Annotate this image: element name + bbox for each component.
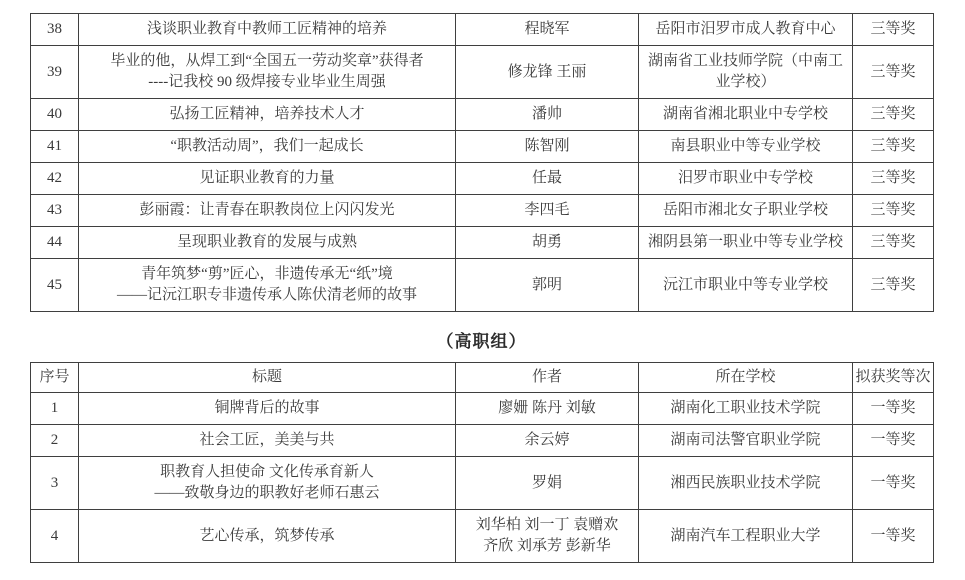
cell-author-line: 胡勇 bbox=[460, 232, 634, 253]
cell-award-line: 三等奖 bbox=[857, 200, 929, 221]
table-row: 42见证职业教育的力量任最汨罗市职业中专学校三等奖 bbox=[31, 163, 934, 195]
cell-title-line: 彭丽霞：让青春在职教岗位上闪闪发光 bbox=[83, 200, 451, 221]
cell-no-line: 45 bbox=[35, 275, 74, 296]
cell-award: 一等奖 bbox=[853, 510, 934, 563]
cell-author-line: 廖姗 陈丹 刘敏 bbox=[460, 398, 634, 419]
cell-no-line: 38 bbox=[35, 19, 74, 40]
cell-author-line: 刘华柏 刘一丁 袁赠欢 bbox=[460, 515, 634, 536]
cell-no: 38 bbox=[31, 14, 79, 46]
cell-no-line: 44 bbox=[35, 232, 74, 253]
cell-award-line: 一等奖 bbox=[857, 430, 929, 451]
cell-school-line: 汨罗市职业中专学校 bbox=[643, 168, 848, 189]
cell-author-line: 余云婷 bbox=[460, 430, 634, 451]
cell-title: 弘扬工匠精神，培养技术人才 bbox=[79, 99, 456, 131]
cell-award: 三等奖 bbox=[853, 195, 934, 227]
cell-award: 一等奖 bbox=[853, 393, 934, 425]
cell-award-line: 三等奖 bbox=[857, 62, 929, 83]
table-row: 44呈现职业教育的发展与成熟胡勇湘阴县第一职业中等专业学校三等奖 bbox=[31, 227, 934, 259]
table-row: 40弘扬工匠精神，培养技术人才潘帅湖南省湘北职业中专学校三等奖 bbox=[31, 99, 934, 131]
table-row: 39毕业的他，从焊工到“全国五一劳动奖章”获得者----记我校 90 级焊接专业… bbox=[31, 46, 934, 99]
cell-title-line: ——致敬身边的职教好老师石惠云 bbox=[83, 483, 451, 504]
cell-author-line: 修龙锋 王丽 bbox=[460, 62, 634, 83]
table-row: 1铜牌背后的故事廖姗 陈丹 刘敏湖南化工职业技术学院一等奖 bbox=[31, 393, 934, 425]
cell-school-line: 湖南省湘北职业中专学校 bbox=[643, 104, 848, 125]
cell-school-line: 湖南司法警官职业学院 bbox=[643, 430, 848, 451]
document-page: 38浅谈职业教育中教师工匠精神的培养程晓军岳阳市汨罗市成人教育中心三等奖39毕业… bbox=[0, 0, 965, 563]
cell-no: 43 bbox=[31, 195, 79, 227]
cell-author: 任最 bbox=[456, 163, 639, 195]
cell-title-line: ——记沅江职专非遗传承人陈伏清老师的故事 bbox=[83, 285, 451, 306]
cell-award-line: 三等奖 bbox=[857, 104, 929, 125]
cell-no: 2 bbox=[31, 425, 79, 457]
cell-no: 3 bbox=[31, 457, 79, 510]
cell-no-line: 4 bbox=[35, 526, 74, 547]
cell-school-line: 南县职业中等专业学校 bbox=[643, 136, 848, 157]
cell-no: 40 bbox=[31, 99, 79, 131]
cell-author-line: 陈智刚 bbox=[460, 136, 634, 157]
cell-no: 42 bbox=[31, 163, 79, 195]
cell-school-line: 岳阳市湘北女子职业学校 bbox=[643, 200, 848, 221]
awards-table-zhongzhi-continued: 38浅谈职业教育中教师工匠精神的培养程晓军岳阳市汨罗市成人教育中心三等奖39毕业… bbox=[30, 13, 934, 312]
cell-school: 湘阴县第一职业中等专业学校 bbox=[639, 227, 853, 259]
cell-award-line: 一等奖 bbox=[857, 398, 929, 419]
cell-title-line: 职教育人担使命 文化传承育新人 bbox=[83, 462, 451, 483]
cell-award: 一等奖 bbox=[853, 425, 934, 457]
cell-title-line: 铜牌背后的故事 bbox=[83, 398, 451, 419]
awards-table-gaozhi-body: 1铜牌背后的故事廖姗 陈丹 刘敏湖南化工职业技术学院一等奖2社会工匠，美美与共余… bbox=[31, 393, 934, 563]
cell-school: 湘西民族职业技术学院 bbox=[639, 457, 853, 510]
cell-author-line: 齐欣 刘承芳 彭新华 bbox=[460, 536, 634, 557]
table-row: 38浅谈职业教育中教师工匠精神的培养程晓军岳阳市汨罗市成人教育中心三等奖 bbox=[31, 14, 934, 46]
cell-school: 湖南汽车工程职业大学 bbox=[639, 510, 853, 563]
cell-no: 39 bbox=[31, 46, 79, 99]
cell-author: 潘帅 bbox=[456, 99, 639, 131]
cell-award: 三等奖 bbox=[853, 14, 934, 46]
column-header-author: 作者 bbox=[456, 363, 639, 393]
cell-school: 岳阳市湘北女子职业学校 bbox=[639, 195, 853, 227]
cell-author: 胡勇 bbox=[456, 227, 639, 259]
cell-title: 青年筑梦“剪”匠心，非遗传承无“纸”境——记沅江职专非遗传承人陈伏清老师的故事 bbox=[79, 259, 456, 312]
cell-author-line: 罗娟 bbox=[460, 473, 634, 494]
cell-school-line: 湘阴县第一职业中等专业学校 bbox=[643, 232, 848, 253]
cell-no: 45 bbox=[31, 259, 79, 312]
cell-school-line: 湖南省工业技师学院（中南工业学校） bbox=[643, 51, 848, 93]
cell-school: 湖南化工职业技术学院 bbox=[639, 393, 853, 425]
cell-title: 见证职业教育的力量 bbox=[79, 163, 456, 195]
cell-school: 汨罗市职业中专学校 bbox=[639, 163, 853, 195]
cell-award: 三等奖 bbox=[853, 131, 934, 163]
cell-author: 余云婷 bbox=[456, 425, 639, 457]
cell-author-line: 潘帅 bbox=[460, 104, 634, 125]
table-row: 41“职教活动周”，我们一起成长陈智刚南县职业中等专业学校三等奖 bbox=[31, 131, 934, 163]
column-header-award: 拟获奖等次 bbox=[853, 363, 934, 393]
cell-school-line: 湖南汽车工程职业大学 bbox=[643, 526, 848, 547]
cell-no: 1 bbox=[31, 393, 79, 425]
cell-award-line: 三等奖 bbox=[857, 168, 929, 189]
cell-author: 陈智刚 bbox=[456, 131, 639, 163]
cell-award-line: 一等奖 bbox=[857, 473, 929, 494]
cell-author: 刘华柏 刘一丁 袁赠欢齐欣 刘承芳 彭新华 bbox=[456, 510, 639, 563]
cell-author-line: 程晓军 bbox=[460, 19, 634, 40]
cell-award-line: 三等奖 bbox=[857, 19, 929, 40]
cell-author: 罗娟 bbox=[456, 457, 639, 510]
cell-award: 三等奖 bbox=[853, 163, 934, 195]
cell-no-line: 2 bbox=[35, 430, 74, 451]
cell-school: 南县职业中等专业学校 bbox=[639, 131, 853, 163]
cell-title-line: 艺心传承，筑梦传承 bbox=[83, 526, 451, 547]
cell-school: 湖南司法警官职业学院 bbox=[639, 425, 853, 457]
cell-award: 一等奖 bbox=[853, 457, 934, 510]
cell-title-line: 社会工匠，美美与共 bbox=[83, 430, 451, 451]
cell-author: 廖姗 陈丹 刘敏 bbox=[456, 393, 639, 425]
table-row: 43彭丽霞：让青春在职教岗位上闪闪发光李四毛岳阳市湘北女子职业学校三等奖 bbox=[31, 195, 934, 227]
cell-school: 湖南省湘北职业中专学校 bbox=[639, 99, 853, 131]
table-row: 3职教育人担使命 文化传承育新人——致敬身边的职教好老师石惠云罗娟湘西民族职业技… bbox=[31, 457, 934, 510]
cell-title-line: 青年筑梦“剪”匠心，非遗传承无“纸”境 bbox=[83, 264, 451, 285]
cell-title-line: 见证职业教育的力量 bbox=[83, 168, 451, 189]
cell-title-line: 弘扬工匠精神，培养技术人才 bbox=[83, 104, 451, 125]
column-header-school: 所在学校 bbox=[639, 363, 853, 393]
cell-author: 郭明 bbox=[456, 259, 639, 312]
table-row: 4艺心传承，筑梦传承刘华柏 刘一丁 袁赠欢齐欣 刘承芳 彭新华湖南汽车工程职业大… bbox=[31, 510, 934, 563]
cell-no: 4 bbox=[31, 510, 79, 563]
cell-no-line: 43 bbox=[35, 200, 74, 221]
cell-award: 三等奖 bbox=[853, 46, 934, 99]
cell-award: 三等奖 bbox=[853, 227, 934, 259]
cell-title: 彭丽霞：让青春在职教岗位上闪闪发光 bbox=[79, 195, 456, 227]
cell-no-line: 40 bbox=[35, 104, 74, 125]
cell-school-line: 沅江市职业中等专业学校 bbox=[643, 275, 848, 296]
cell-award-line: 三等奖 bbox=[857, 136, 929, 157]
awards-table-zhongzhi-body: 38浅谈职业教育中教师工匠精神的培养程晓军岳阳市汨罗市成人教育中心三等奖39毕业… bbox=[31, 14, 934, 312]
cell-title: 铜牌背后的故事 bbox=[79, 393, 456, 425]
cell-author: 程晓军 bbox=[456, 14, 639, 46]
cell-author-line: 任最 bbox=[460, 168, 634, 189]
cell-title: 呈现职业教育的发展与成熟 bbox=[79, 227, 456, 259]
cell-award-line: 一等奖 bbox=[857, 526, 929, 547]
cell-author-line: 李四毛 bbox=[460, 200, 634, 221]
cell-author: 修龙锋 王丽 bbox=[456, 46, 639, 99]
cell-title-line: 呈现职业教育的发展与成熟 bbox=[83, 232, 451, 253]
cell-school-line: 湖南化工职业技术学院 bbox=[643, 398, 848, 419]
section-heading-gaozhi-group: （高职组） bbox=[30, 327, 933, 352]
cell-author-line: 郭明 bbox=[460, 275, 634, 296]
cell-award-line: 三等奖 bbox=[857, 232, 929, 253]
cell-no: 44 bbox=[31, 227, 79, 259]
table-row: 45青年筑梦“剪”匠心，非遗传承无“纸”境——记沅江职专非遗传承人陈伏清老师的故… bbox=[31, 259, 934, 312]
cell-school-line: 湘西民族职业技术学院 bbox=[643, 473, 848, 494]
cell-no-line: 1 bbox=[35, 398, 74, 419]
cell-title: 艺心传承，筑梦传承 bbox=[79, 510, 456, 563]
cell-no-line: 3 bbox=[35, 473, 74, 494]
table-header-row: 序号 标题 作者 所在学校 拟获奖等次 bbox=[31, 363, 934, 393]
cell-title-line: 浅谈职业教育中教师工匠精神的培养 bbox=[83, 19, 451, 40]
cell-no: 41 bbox=[31, 131, 79, 163]
cell-title-line: 毕业的他，从焊工到“全国五一劳动奖章”获得者 bbox=[83, 51, 451, 72]
cell-no-line: 41 bbox=[35, 136, 74, 157]
cell-title: 职教育人担使命 文化传承育新人——致敬身边的职教好老师石惠云 bbox=[79, 457, 456, 510]
cell-author: 李四毛 bbox=[456, 195, 639, 227]
cell-title: 社会工匠，美美与共 bbox=[79, 425, 456, 457]
cell-title-line: ----记我校 90 级焊接专业毕业生周强 bbox=[83, 72, 451, 93]
cell-title: 毕业的他，从焊工到“全国五一劳动奖章”获得者----记我校 90 级焊接专业毕业… bbox=[79, 46, 456, 99]
cell-school: 沅江市职业中等专业学校 bbox=[639, 259, 853, 312]
column-header-no: 序号 bbox=[31, 363, 79, 393]
cell-school: 湖南省工业技师学院（中南工业学校） bbox=[639, 46, 853, 99]
column-header-title: 标题 bbox=[79, 363, 456, 393]
cell-no-line: 39 bbox=[35, 62, 74, 83]
cell-title: 浅谈职业教育中教师工匠精神的培养 bbox=[79, 14, 456, 46]
cell-title-line: “职教活动周”，我们一起成长 bbox=[83, 136, 451, 157]
table-row: 2社会工匠，美美与共余云婷湖南司法警官职业学院一等奖 bbox=[31, 425, 934, 457]
cell-award-line: 三等奖 bbox=[857, 275, 929, 296]
cell-school-line: 岳阳市汨罗市成人教育中心 bbox=[643, 19, 848, 40]
cell-school: 岳阳市汨罗市成人教育中心 bbox=[639, 14, 853, 46]
cell-award: 三等奖 bbox=[853, 259, 934, 312]
awards-table-gaozhi: 序号 标题 作者 所在学校 拟获奖等次 1铜牌背后的故事廖姗 陈丹 刘敏湖南化工… bbox=[30, 362, 934, 563]
cell-no-line: 42 bbox=[35, 168, 74, 189]
cell-title: “职教活动周”，我们一起成长 bbox=[79, 131, 456, 163]
cell-award: 三等奖 bbox=[853, 99, 934, 131]
